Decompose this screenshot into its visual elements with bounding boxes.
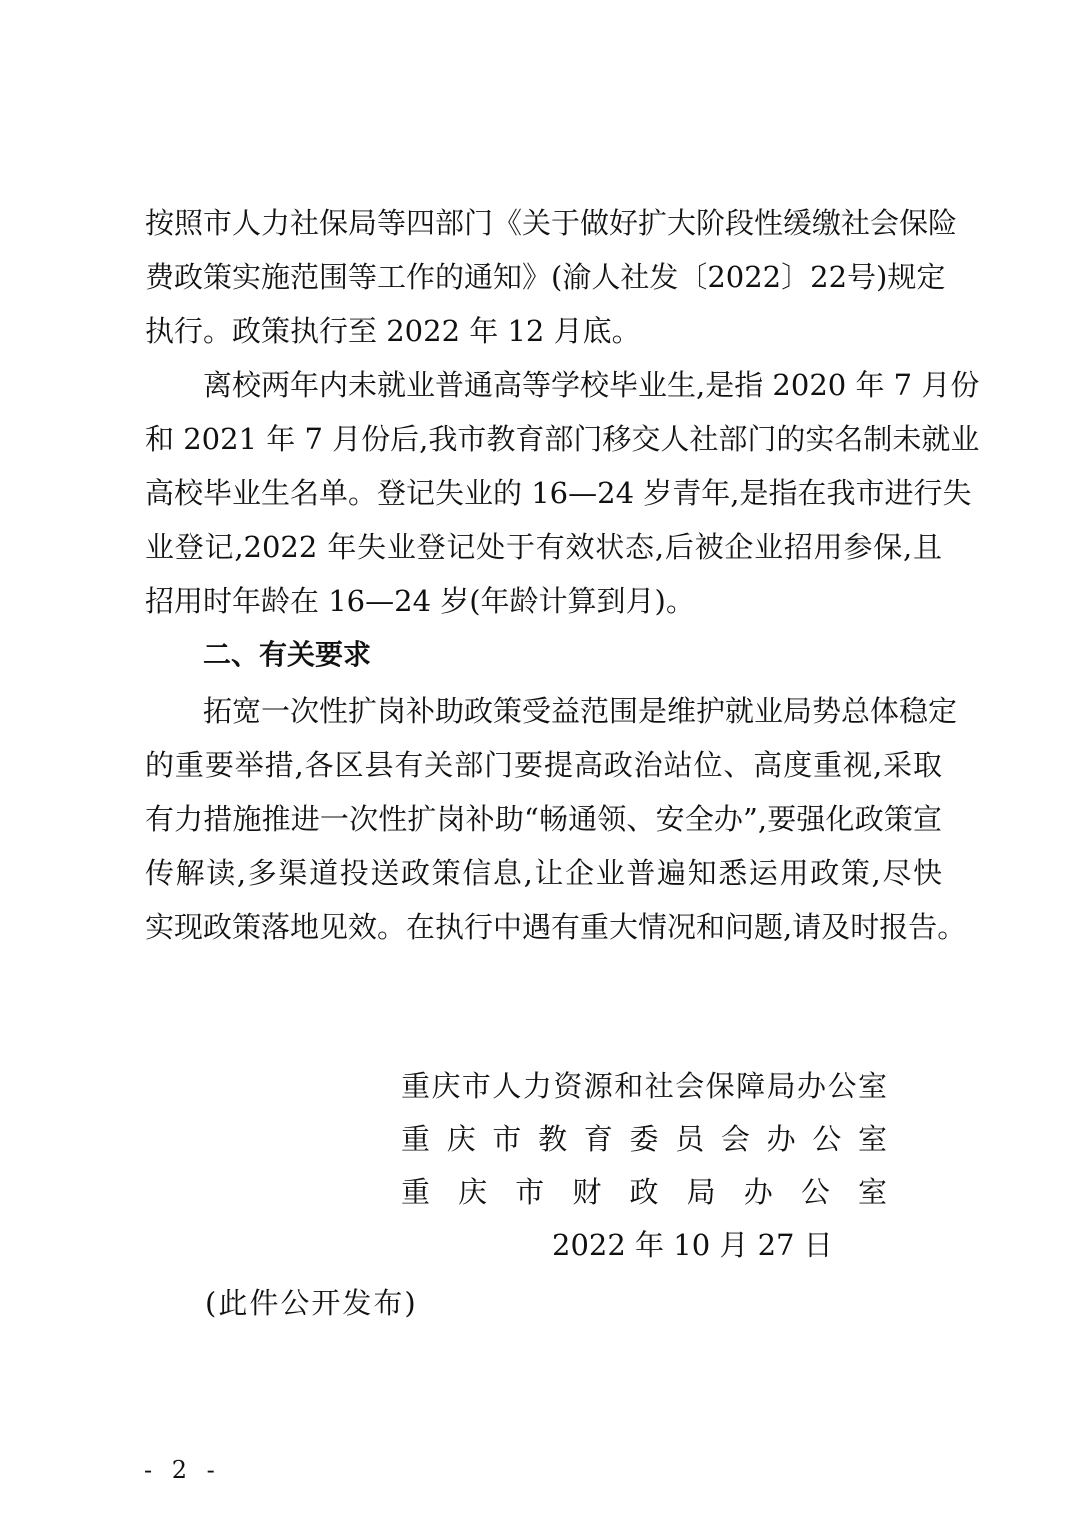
signature-finance-bureau: 重庆市财政局办公室 bbox=[401, 1165, 887, 1219]
paragraph-1-line-1: 按照市人力社保局等四部门《关于做好扩大阶段性缓缴社会保险 bbox=[145, 196, 942, 250]
paragraph-1-line-3: 执行。政策执行至 2022 年 12 月底。 bbox=[145, 304, 942, 358]
paragraph-2-line-1: 离校两年内未就业普通高等学校毕业生,是指 2020 年 7 月份 bbox=[203, 358, 942, 412]
page-number: - 2 - bbox=[144, 1450, 221, 1490]
paragraph-3-line-2: 的重要举措,各区县有关部门要提高政治站位、高度重视,采取 bbox=[145, 738, 942, 792]
signature-education-commission: 重庆市教育委员会办公室 bbox=[401, 1112, 887, 1166]
publication-note: (此件公开发布) bbox=[205, 1276, 418, 1330]
paragraph-2-line-2: 和 2021 年 7 月份后,我市教育部门移交人社部门的实名制未就业 bbox=[145, 412, 942, 466]
paragraph-2-line-4: 业登记,2022 年失业登记处于有效状态,后被企业招用参保,且 bbox=[145, 520, 942, 574]
paragraph-3-line-5: 实现政策落地见效。在执行中遇有重大情况和问题,请及时报告。 bbox=[145, 900, 942, 954]
document-date: 2022 年 10 月 27 日 bbox=[552, 1218, 833, 1272]
paragraph-3-line-4: 传解读,多渠道投送政策信息,让企业普遍知悉运用政策,尽快 bbox=[145, 846, 942, 900]
paragraph-3-line-3: 有力措施推进一次性扩岗补助“畅通领、安全办”,要强化政策宣 bbox=[145, 792, 942, 846]
paragraph-2-line-5: 招用时年龄在 16—24 岁(年龄计算到月)。 bbox=[145, 574, 942, 628]
section-heading: 二、有关要求 bbox=[203, 628, 371, 682]
paragraph-2-line-3: 高校毕业生名单。登记失业的 16—24 岁青年,是指在我市进行失 bbox=[145, 466, 942, 520]
paragraph-1-line-2: 费政策实施范围等工作的通知》(渝人社发〔2022〕22号)规定 bbox=[145, 250, 942, 304]
paragraph-3-line-1: 拓宽一次性扩岗补助政策受益范围是维护就业局势总体稳定 bbox=[203, 684, 942, 738]
signature-hr-bureau: 重庆市人力资源和社会保障局办公室 bbox=[401, 1059, 887, 1113]
